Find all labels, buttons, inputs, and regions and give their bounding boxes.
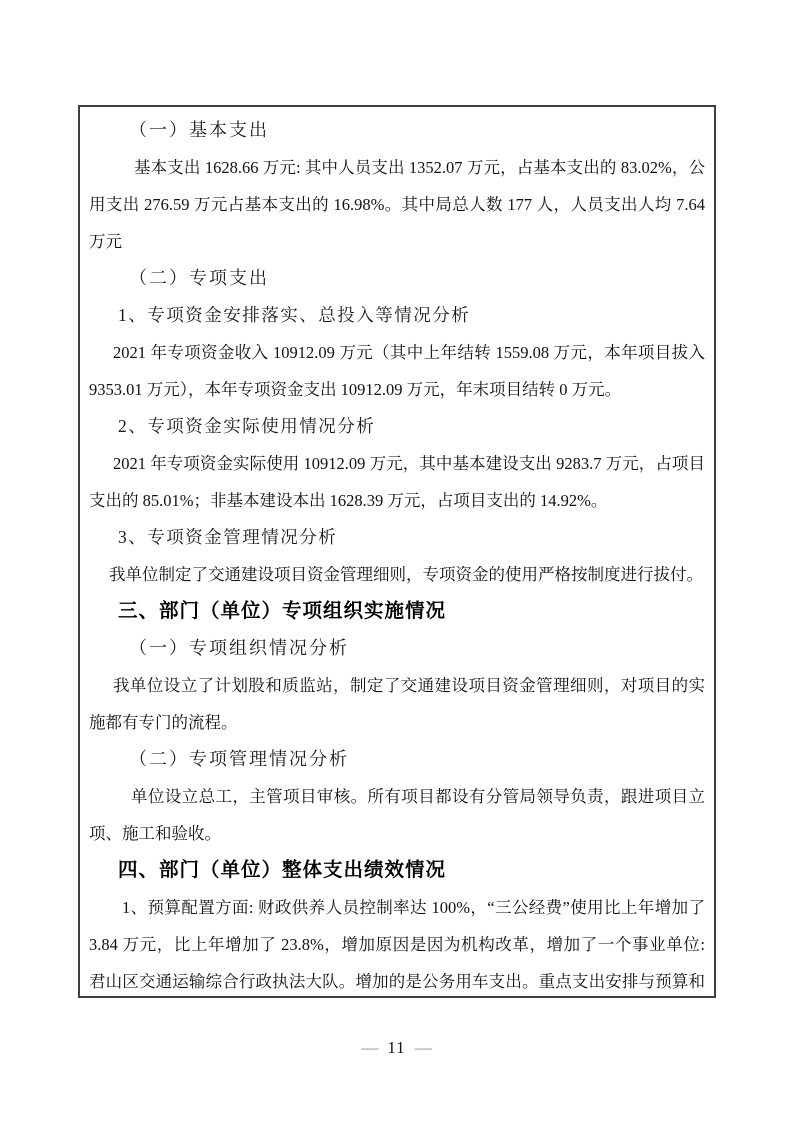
paragraph-fund-management: 我单位制定了交通建设项目资金管理细则，专项资金的使用严格按制度进行拔付。 bbox=[89, 556, 705, 593]
paragraph-fund-income: 2021 年专项资金收入 10912.09 万元（其中上年结转 1559.08 … bbox=[89, 334, 705, 408]
paragraph-mgmt-analysis: 单位设立总工，主管项目审核。所有项目都设有分管局领导负责，跟进项目立项、施工和验… bbox=[89, 778, 705, 852]
subheading-special-expenditure: （二）专项支出 bbox=[89, 260, 705, 297]
section-heading-three: 三、部门（单位）专项组织实施情况 bbox=[89, 593, 705, 630]
paragraph-basic-expenditure: 基本支出 1628.66 万元: 其中人员支出 1352.07 万元，占基本支出… bbox=[89, 149, 705, 260]
document-content-box: （一）基本支出 基本支出 1628.66 万元: 其中人员支出 1352.07 … bbox=[78, 105, 716, 998]
page-number-left-dash: — bbox=[361, 1038, 378, 1057]
page-number-right-dash: — bbox=[415, 1038, 432, 1057]
page-number: —11— bbox=[0, 1036, 793, 1060]
page-number-value: 11 bbox=[387, 1038, 405, 1057]
paragraph-budget-allocation: 1、预算配置方面: 财政供养人员控制率达 100%，“三公经费”使用比上年增加了… bbox=[89, 889, 705, 998]
paragraph-fund-actual-use: 2021 年专项资金实际使用 10912.09 万元，其中基本建设支出 9283… bbox=[89, 445, 705, 519]
subheading-basic-expenditure: （一）基本支出 bbox=[89, 112, 705, 149]
subheading-mgmt-analysis: （二）专项管理情况分析 bbox=[89, 741, 705, 778]
subheading-fund-actual-use: 2、专项资金实际使用情况分析 bbox=[89, 408, 705, 445]
subheading-org-analysis: （一）专项组织情况分析 bbox=[89, 630, 705, 667]
section-heading-four: 四、部门（单位）整体支出绩效情况 bbox=[89, 852, 705, 889]
subheading-fund-management: 3、专项资金管理情况分析 bbox=[89, 519, 705, 556]
subheading-fund-arrangement: 1、专项资金安排落实、总投入等情况分析 bbox=[89, 297, 705, 334]
document-page: { "page": { "background": "#ffffff", "bo… bbox=[0, 0, 793, 1122]
paragraph-org-analysis: 我单位设立了计划股和质监站，制定了交通建设项目资金管理细则，对项目的实施都有专门… bbox=[89, 667, 705, 741]
